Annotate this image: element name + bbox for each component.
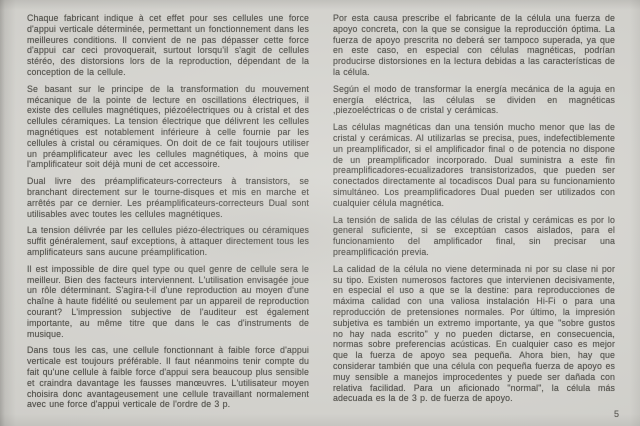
french-paragraph-low-force: Dans tous les cas, une cellule fonctionn… [27,345,309,410]
french-paragraph-cartridge-types: Se basant sur le principe de la transfor… [27,84,309,170]
spanish-paragraph-dual-preamps: Las células magnéticas dan una tensión m… [333,122,615,208]
spanish-paragraph-quality-factors: La calidad de la célula no viene determi… [333,264,615,404]
french-paragraph-best-cartridge: Il est impossible de dire quel type ou q… [27,264,309,340]
two-column-text: Chaque fabricant indique à cet effet pou… [27,13,615,416]
spanish-paragraph-cartridge-types: Según el modo de transformar la energía … [333,84,615,116]
scanned-manual-page: Chaque fabricant indique à cet effet pou… [0,0,640,426]
french-paragraph-piezo-output: La tension délivrée par les cellules pié… [27,225,309,257]
french-column: Chaque fabricant indique à cet effet pou… [27,13,309,416]
french-paragraph-dual-preamps: Dual livre des préamplificateurs-correct… [27,176,309,219]
french-paragraph-tracking-force: Chaque fabricant indique à cet effet pou… [27,13,309,78]
spanish-column: Por esta causa prescribe el fabricante d… [333,13,615,416]
spanish-paragraph-crystal-output: La tensión de salida de las células de c… [333,215,615,258]
page-number: 5 [614,409,619,419]
spanish-paragraph-tracking-force: Por esta causa prescribe el fabricante d… [333,13,615,78]
